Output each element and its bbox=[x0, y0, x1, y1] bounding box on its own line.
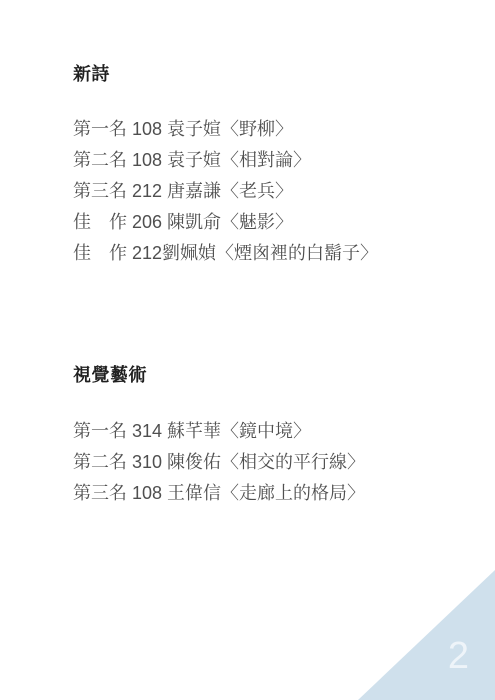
award-entry: 第一名 108 袁子媗〈野柳〉 bbox=[73, 114, 378, 145]
award-entry: 第二名 108 袁子媗〈相對論〉 bbox=[73, 145, 378, 176]
award-entry: 第三名 108 王偉信〈走廊上的格局〉 bbox=[73, 478, 365, 509]
page-number: 2 bbox=[448, 637, 469, 675]
slide-page: 新詩 第一名 108 袁子媗〈野柳〉 第二名 108 袁子媗〈相對論〉 第三名 … bbox=[0, 0, 495, 700]
corner-accent-triangle bbox=[0, 0, 495, 700]
award-entry: 第二名 310 陳俊佑〈相交的平行線〉 bbox=[73, 447, 365, 478]
visual-arts-entry-list: 第一名 314 蘇芊華〈鏡中境〉 第二名 310 陳俊佑〈相交的平行線〉 第三名… bbox=[73, 416, 365, 509]
section-title-visual-arts: 視覺藝術 bbox=[73, 363, 147, 387]
section-title-new-poetry: 新詩 bbox=[73, 62, 110, 86]
new-poetry-entry-list: 第一名 108 袁子媗〈野柳〉 第二名 108 袁子媗〈相對論〉 第三名 212… bbox=[73, 114, 378, 269]
triangle-shape bbox=[358, 570, 495, 700]
award-entry: 第三名 212 唐嘉謙〈老兵〉 bbox=[73, 176, 378, 207]
award-entry: 佳 作 212劉姵媜〈煙囪裡的白鬍子〉 bbox=[73, 238, 378, 269]
award-entry: 第一名 314 蘇芊華〈鏡中境〉 bbox=[73, 416, 365, 447]
award-entry: 佳 作 206 陳凱俞〈魅影〉 bbox=[73, 207, 378, 238]
